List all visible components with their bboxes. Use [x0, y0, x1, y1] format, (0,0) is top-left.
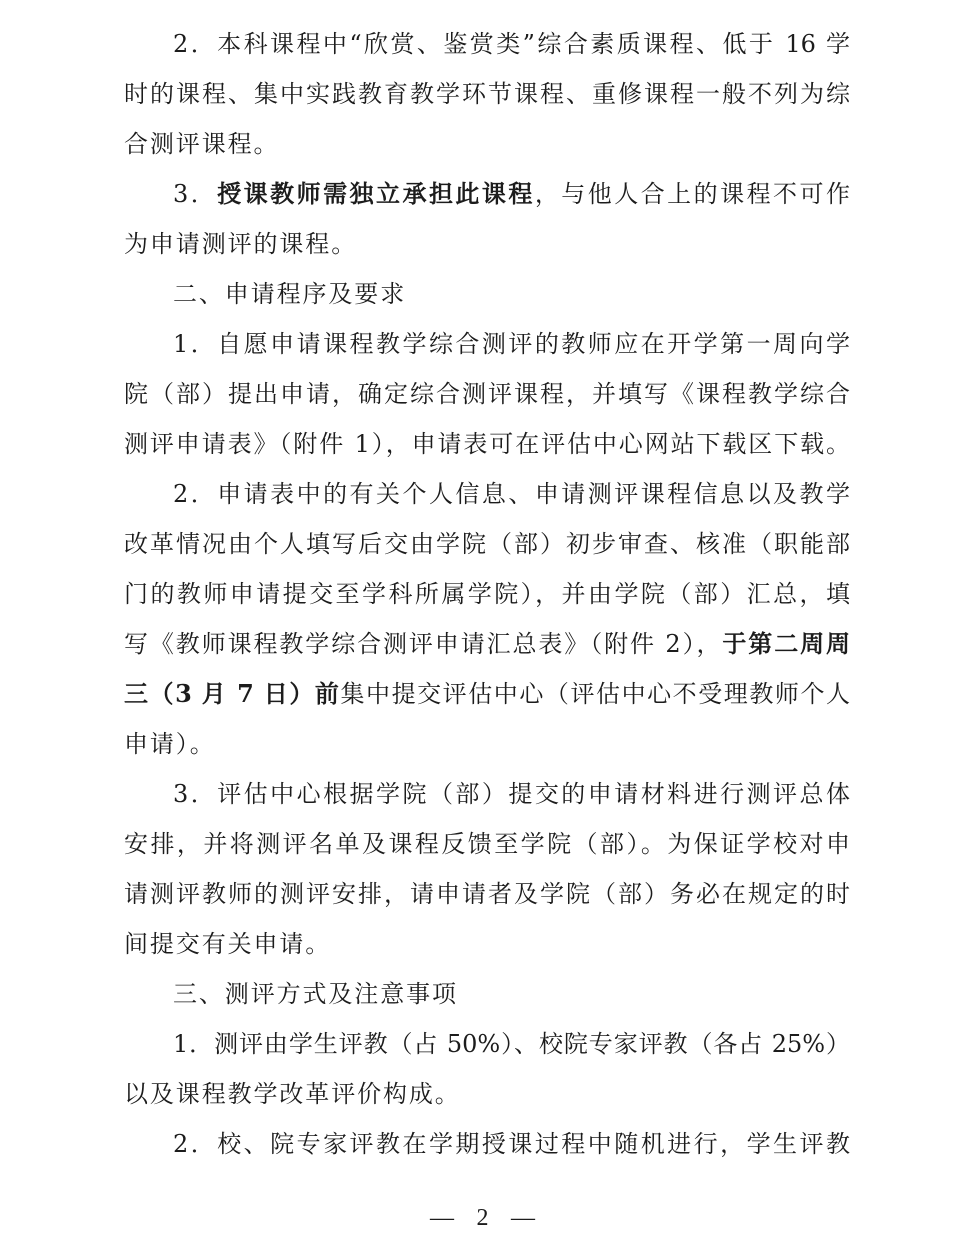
paragraph-line: 2．申请表中的有关个人信息、申请测评课程信息以及教学 [124, 469, 850, 519]
paragraph-line: 改革情况由个人填写后交由学院（部）初步审查、核准（职能部 [124, 519, 850, 569]
paragraph-line: 合测评课程。 [124, 119, 850, 169]
line-text: 院（部）提出申请，确定综合测评课程，并填写《课程教学综合 [124, 380, 850, 408]
line-text: 安排，并将测评名单及课程反馈至学院（部）。为保证学校对申 [124, 830, 850, 858]
list-item-evaluation-composition: 1．测评由学生评教（占 50%）、校院专家评教（各占 25%） 以及课程教学改革… [124, 1019, 850, 1119]
list-item-application-review: 2．申请表中的有关个人信息、申请测评课程信息以及教学 改革情况由个人填写后交由学… [124, 469, 850, 769]
line-text: 2．本科课程中“欣赏、鉴赏类”综合素质课程、低于 16 学 [173, 30, 850, 58]
line-text: 写《教师课程教学综合测评申请汇总表》（附件 2）， [124, 630, 722, 658]
paragraph-line: 申请）。 [124, 719, 850, 769]
paragraph-line: 2．本科课程中“欣赏、鉴赏类”综合素质课程、低于 16 学 [124, 19, 850, 69]
paragraph-line: 2．校、院专家评教在学期授课过程中随机进行，学生评教 [124, 1119, 850, 1169]
paragraph-line: 为申请测评的课程。 [124, 219, 850, 269]
heading-text: 二、申请程序及要求 [173, 280, 406, 308]
line-text: 合测评课程。 [124, 130, 279, 158]
line-text: 2．申请表中的有关个人信息、申请测评课程信息以及教学 [173, 480, 850, 508]
page-number: 2 [477, 1203, 489, 1233]
paragraph-line: 院（部）提出申请，确定综合测评课程，并填写《课程教学综合 [124, 369, 850, 419]
line-text: 为申请测评的课程。 [124, 230, 357, 258]
paragraph-line: 1．测评由学生评教（占 50%）、校院专家评教（各占 25%） [124, 1019, 850, 1069]
heading-line: 三、测评方式及注意事项 [124, 969, 850, 1019]
dash-left: — [430, 1203, 454, 1233]
paragraph-line: 以及课程教学改革评价构成。 [124, 1069, 850, 1119]
paragraph-line: 3．评估中心根据学院（部）提交的申请材料进行测评总体 [124, 769, 850, 819]
line-text: 时的课程、集中实践教育教学环节课程、重修课程一般不列为综 [124, 80, 850, 108]
line-text: 改革情况由个人填写后交由学院（部）初步审查、核准（职能部 [124, 530, 850, 558]
paragraph-line: 1．自愿申请课程教学综合测评的教师应在开学第一周向学 [124, 319, 850, 369]
line-text: 3．评估中心根据学院（部）提交的申请材料进行测评总体 [173, 780, 850, 808]
list-item-voluntary-application: 1．自愿申请课程教学综合测评的教师应在开学第一周向学 院（部）提出申请，确定综合… [124, 319, 850, 469]
item-number: 3． [173, 180, 217, 208]
line-text: 测评申请表》（附件 1），申请表可在评估中心网站下载区下载。 [124, 430, 850, 458]
list-item-independent-teaching: 3．授课教师需独立承担此课程，与他人合上的课程不可作 为申请测评的课程。 [124, 169, 850, 269]
paragraph-line: 3．授课教师需独立承担此课程，与他人合上的课程不可作 [124, 169, 850, 219]
paragraph-line: 门的教师申请提交至学科所属学院），并由学院（部）汇总，填 [124, 569, 850, 619]
heading-line: 二、申请程序及要求 [124, 269, 850, 319]
heading-text: 三、测评方式及注意事项 [173, 980, 458, 1008]
document-body: 2．本科课程中“欣赏、鉴赏类”综合素质课程、低于 16 学 时的课程、集中实践教… [124, 19, 850, 1169]
line-text: 2．校、院专家评教在学期授课过程中随机进行，学生评教 [173, 1130, 850, 1158]
paragraph-line: 测评申请表》（附件 1），申请表可在评估中心网站下载区下载。 [124, 419, 850, 469]
line-text: ，与他人合上的课程不可作 [535, 180, 850, 208]
paragraph-line: 安排，并将测评名单及课程反馈至学院（部）。为保证学校对申 [124, 819, 850, 869]
deadline-emphasis: 三（3 月 7 日）前 [124, 679, 340, 708]
paragraph-line: 三（3 月 7 日）前集中提交评估中心（评估中心不受理教师个人 [124, 669, 850, 719]
section-heading-application-procedure: 二、申请程序及要求 [124, 269, 850, 319]
list-item-evaluation-arrangement: 3．评估中心根据学院（部）提交的申请材料进行测评总体 安排，并将测评名单及课程反… [124, 769, 850, 969]
deadline-emphasis: 于第二周周 [722, 629, 850, 658]
list-item-expert-evaluation: 2．校、院专家评教在学期授课过程中随机进行，学生评教 [124, 1119, 850, 1169]
line-text: 门的教师申请提交至学科所属学院），并由学院（部）汇总，填 [124, 580, 850, 608]
line-text: 间提交有关申请。 [124, 930, 331, 958]
line-text: 1．测评由学生评教（占 50%）、校院专家评教（各占 25%） [173, 1030, 850, 1058]
paragraph-line: 间提交有关申请。 [124, 919, 850, 969]
line-text: 以及课程教学改革评价构成。 [124, 1080, 461, 1108]
line-text: 申请）。 [124, 730, 216, 758]
paragraph-line: 时的课程、集中实践教育教学环节课程、重修课程一般不列为综 [124, 69, 850, 119]
line-text: 1．自愿申请课程教学综合测评的教师应在开学第一周向学 [173, 330, 850, 358]
paragraph-line: 写《教师课程教学综合测评申请汇总表》（附件 2），于第二周周 [124, 619, 850, 669]
page-number-footer: — 2 — [430, 1203, 535, 1233]
list-item-course-exclusions: 2．本科课程中“欣赏、鉴赏类”综合素质课程、低于 16 学 时的课程、集中实践教… [124, 19, 850, 169]
section-heading-evaluation-method: 三、测评方式及注意事项 [124, 969, 850, 1019]
emphasis-text: 授课教师需独立承担此课程 [217, 179, 535, 208]
line-text: 集中提交评估中心（评估中心不受理教师个人 [340, 680, 850, 708]
paragraph-line: 请测评教师的测评安排，请申请者及学院（部）务必在规定的时 [124, 869, 850, 919]
line-text: 请测评教师的测评安排，请申请者及学院（部）务必在规定的时 [124, 880, 850, 908]
dash-right: — [511, 1203, 535, 1233]
